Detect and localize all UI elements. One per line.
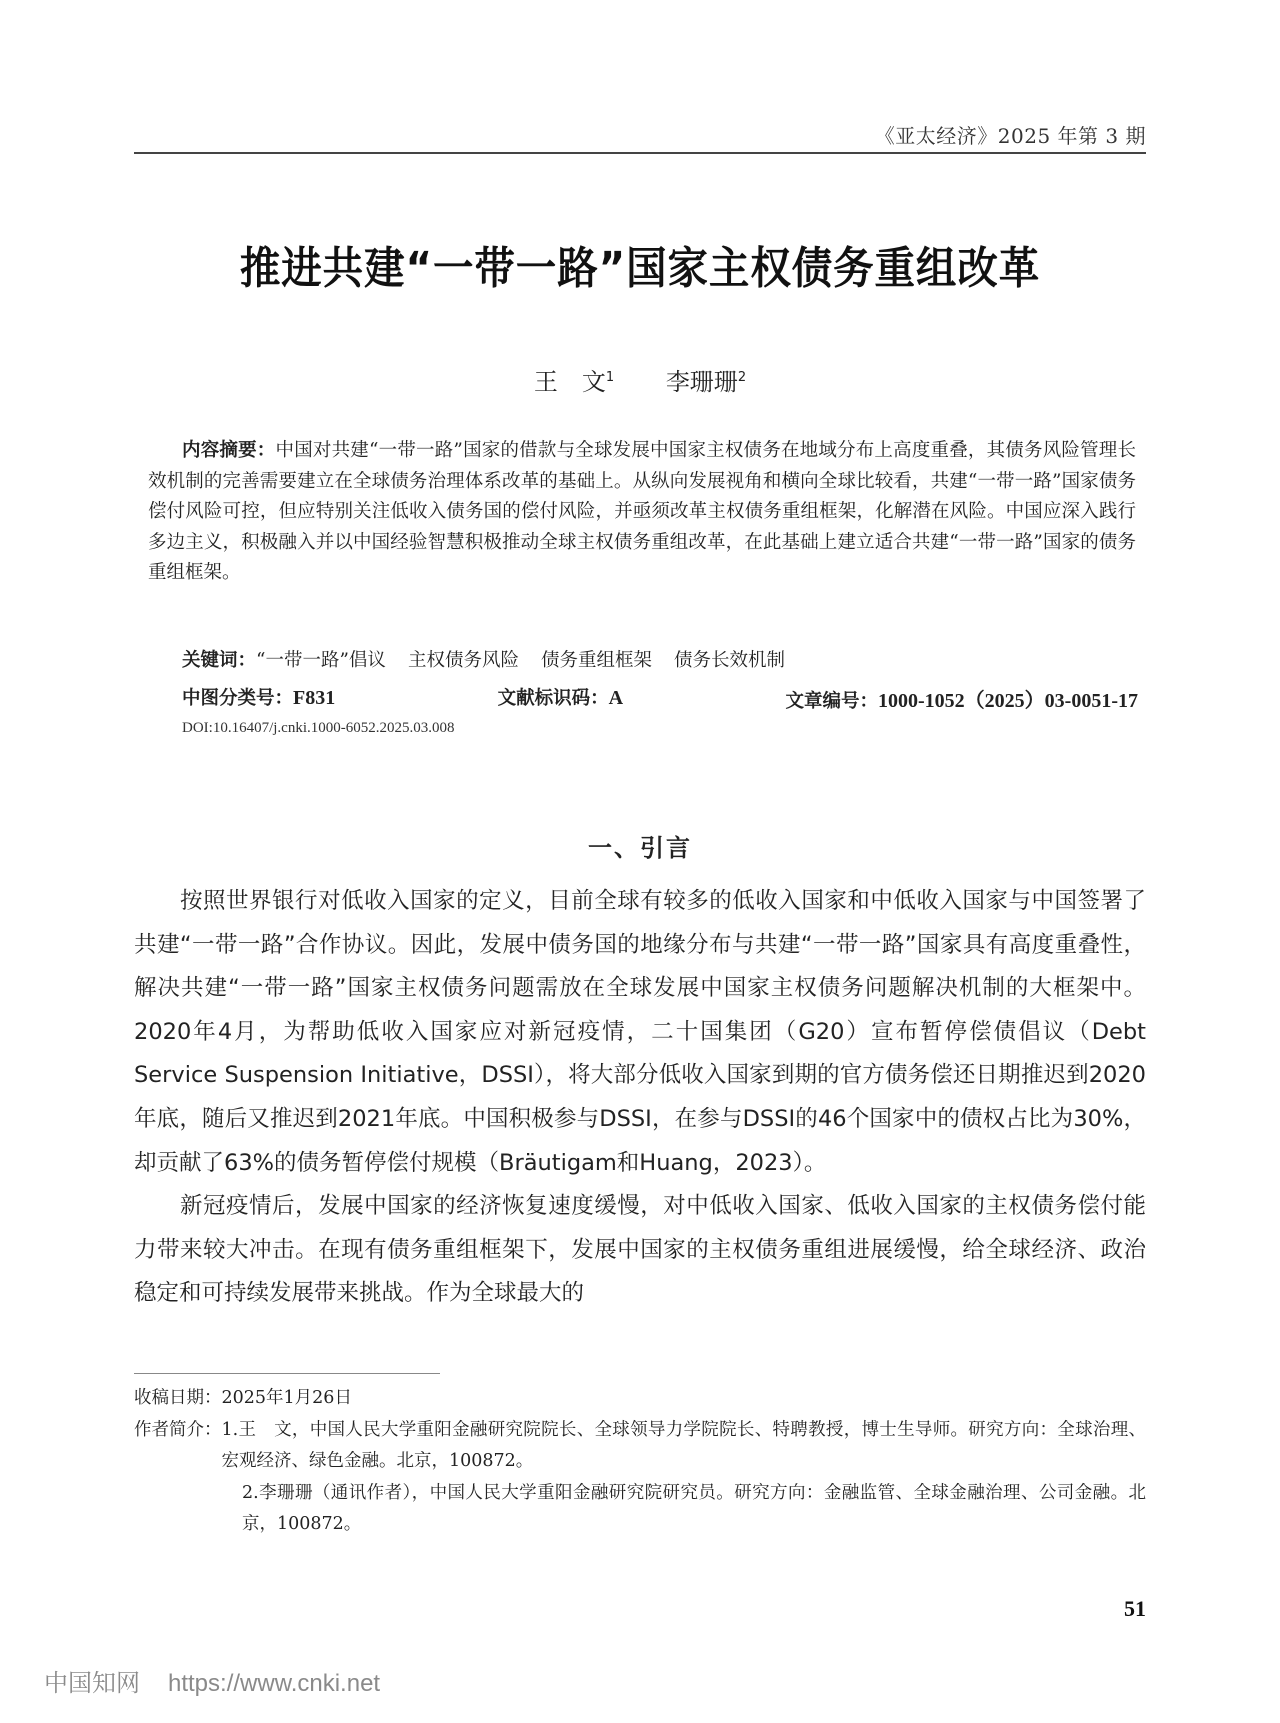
article-no-label: 文章编号： <box>785 691 878 712</box>
author-bio-row: 作者简介：1.王 文，中国人民大学重阳金融研究院院长、全球领导力学院院长、特聘教… <box>134 1415 1146 1478</box>
keyword: 债务长效机制 <box>674 650 785 671</box>
doi: DOI:10.16407/j.cnki.1000-6052.2025.03.00… <box>182 720 454 737</box>
received-date: 2025年1月26日 <box>222 1383 352 1415</box>
author-affiliation-mark: 2 <box>738 370 746 385</box>
author-name: 李珊珊 <box>666 368 738 396</box>
doc-code-value: A <box>609 687 623 709</box>
journal-page: 《亚太经济》2025 年第 3 期 推进共建“一带一路”国家主权债务重组改革 王… <box>0 0 1280 1723</box>
clc-value: F831 <box>293 687 335 709</box>
author-name: 王 文 <box>534 368 606 396</box>
keyword: 债务重组框架 <box>541 650 652 671</box>
clc-number: 中图分类号：F831 <box>182 684 335 713</box>
abstract: 内容摘要：中国对共建“一带一路”国家的借款与全球发展中国家主权债务在地域分布上高… <box>148 436 1136 589</box>
clc-label: 中图分类号： <box>182 688 293 709</box>
abstract-text: 中国对共建“一带一路”国家的借款与全球发展中国家主权债务在地域分布上高度重叠，其… <box>148 440 1136 583</box>
watermark-url[interactable]: https://www.cnki.net <box>168 1670 380 1697</box>
author-bio: 1.王 文，中国人民大学重阳金融研究院院长、全球领导力学院院长、特聘教授，博士生… <box>222 1415 1147 1478</box>
running-head: 《亚太经济》2025 年第 3 期 <box>875 120 1146 149</box>
watermark: 中国知网https://www.cnki.net <box>44 1663 380 1698</box>
document-code: 文献标识码：A <box>498 684 623 713</box>
keyword: “一带一路”倡议 <box>256 650 386 671</box>
watermark-name: 中国知网 <box>44 1669 140 1697</box>
author-list: 王 文1 李珊珊2 <box>0 362 1280 397</box>
keywords-label: 关键词： <box>182 650 256 671</box>
header-rule <box>134 152 1146 154</box>
received-label: 收稿日期： <box>134 1383 222 1415</box>
article-title: 推进共建“一带一路”国家主权债务重组改革 <box>174 232 1105 296</box>
author-affiliation-mark: 1 <box>606 370 614 385</box>
doc-code-label: 文献标识码： <box>498 688 609 709</box>
keyword: 主权债务风险 <box>408 650 519 671</box>
author-2: 李珊珊2 <box>666 362 746 397</box>
keywords: 关键词：“一带一路”倡议主权债务风险债务重组框架债务长效机制 <box>182 646 807 672</box>
received-date-row: 收稿日期：2025年1月26日 <box>134 1383 1146 1415</box>
footnote-rule <box>134 1373 440 1374</box>
classification-line: 中图分类号：F831 文献标识码：A 文章编号：1000-1052（2025）0… <box>182 684 1138 713</box>
author-bio-row: 2.李珊珊（通讯作者），中国人民大学重阳金融研究院研究员。研究方向：金融监管、全… <box>134 1478 1146 1541</box>
author-bio: 2.李珊珊（通讯作者），中国人民大学重阳金融研究院研究员。研究方向：金融监管、全… <box>242 1478 1146 1541</box>
article-no-value: 1000-1052（2025）03-0051-17 <box>878 690 1138 712</box>
author-1: 王 文1 <box>534 362 614 397</box>
footnotes: 收稿日期：2025年1月26日 作者简介：1.王 文，中国人民大学重阳金融研究院… <box>134 1383 1146 1541</box>
article-number: 文章编号：1000-1052（2025）03-0051-17 <box>785 684 1138 713</box>
paragraph: 新冠疫情后，发展中国家的经济恢复速度缓慢，对中低收入国家、低收入国家的主权债务偿… <box>134 1185 1146 1316</box>
page-number: 51 <box>1124 1596 1146 1622</box>
section-heading: 一、引言 <box>0 828 1280 863</box>
body-text: 按照世界银行对低收入国家的定义，目前全球有较多的低收入国家和中低收入国家与中国签… <box>134 880 1146 1316</box>
paragraph: 按照世界银行对低收入国家的定义，目前全球有较多的低收入国家和中低收入国家与中国签… <box>134 880 1146 1185</box>
bio-label: 作者简介： <box>134 1415 222 1478</box>
abstract-label: 内容摘要： <box>182 440 276 461</box>
